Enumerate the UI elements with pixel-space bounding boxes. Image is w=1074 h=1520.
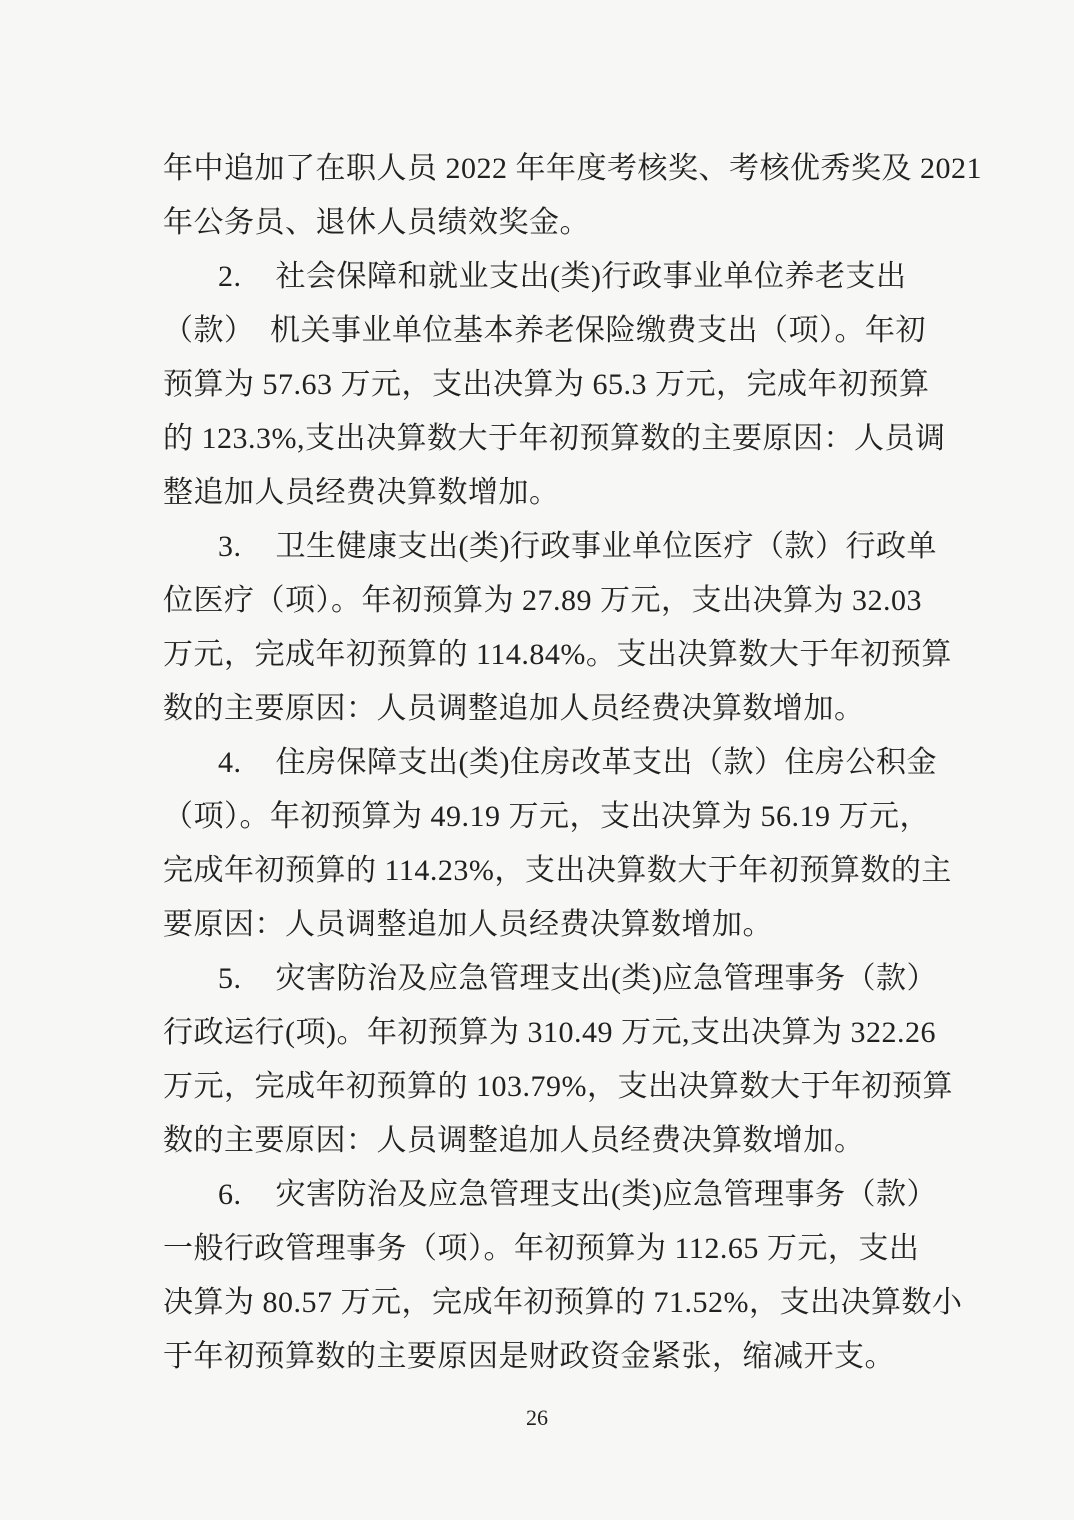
text-line: 位医疗（项）。年初预算为 27.89 万元，支出决算为 32.03: [163, 574, 911, 628]
text-line: 整追加人员经费决算数增加。: [163, 466, 911, 520]
text-line-numbered: 4.住房保障支出(类)住房改革支出（款）住房公积金: [163, 736, 911, 790]
line-text: 灾害防治及应急管理支出(类)应急管理事务（款）: [276, 1178, 937, 1211]
list-number: 2.: [218, 260, 242, 293]
text-line: 预算为 57.63 万元，支出决算为 65.3 万元，完成年初预算: [163, 358, 911, 412]
text-line: 的 123.3%,支出决算数大于年初预算数的主要原因：人员调: [163, 412, 911, 466]
line-text: 住房保障支出(类)住房改革支出（款）住房公积金: [276, 746, 937, 779]
text-line: （款） 机关事业单位基本养老保险缴费支出（项）。年初: [163, 304, 911, 358]
text-line: 完成年初预算的 114.23%，支出决算数大于年初预算数的主: [163, 844, 911, 898]
body-text: 年中追加了在职人员 2022 年年度考核奖、考核优秀奖及 2021 年公务员、退…: [163, 142, 911, 1384]
list-number: 4.: [218, 746, 242, 779]
line-text: 社会保障和就业支出(类)行政事业单位养老支出: [276, 260, 907, 293]
text-line: 一般行政管理事务（项）。年初预算为 112.65 万元，支出: [163, 1222, 911, 1276]
text-line: 于年初预算数的主要原因是财政资金紧张，缩减开支。: [163, 1330, 911, 1384]
list-number: 3.: [218, 530, 242, 563]
text-line: 数的主要原因：人员调整追加人员经费决算数增加。: [163, 1114, 911, 1168]
list-number: 6.: [218, 1178, 242, 1211]
text-line: 要原因：人员调整追加人员经费决算数增加。: [163, 898, 911, 952]
page-number: 26: [0, 1398, 1074, 1438]
text-line: 万元，完成年初预算的 103.79%，支出决算数大于年初预算: [163, 1060, 911, 1114]
text-line: 万元，完成年初预算的 114.84%。支出决算数大于年初预算: [163, 628, 911, 682]
text-line: 年中追加了在职人员 2022 年年度考核奖、考核优秀奖及 2021: [163, 142, 911, 196]
text-line: 决算为 80.57 万元，完成年初预算的 71.52%，支出决算数小: [163, 1276, 911, 1330]
text-line: 行政运行(项)。年初预算为 310.49 万元,支出决算为 322.26: [163, 1006, 911, 1060]
line-text: 卫生健康支出(类)行政事业单位医疗（款）行政单: [276, 530, 937, 563]
text-line: （项）。年初预算为 49.19 万元，支出决算为 56.19 万元，: [163, 790, 911, 844]
text-line-numbered: 3.卫生健康支出(类)行政事业单位医疗（款）行政单: [163, 520, 911, 574]
line-text: 灾害防治及应急管理支出(类)应急管理事务（款）: [276, 962, 937, 995]
text-line-numbered: 5.灾害防治及应急管理支出(类)应急管理事务（款）: [163, 952, 911, 1006]
text-line: 年公务员、退休人员绩效奖金。: [163, 196, 911, 250]
text-line-numbered: 2.社会保障和就业支出(类)行政事业单位养老支出: [163, 250, 911, 304]
text-line: 数的主要原因：人员调整追加人员经费决算数增加。: [163, 682, 911, 736]
text-line-numbered: 6.灾害防治及应急管理支出(类)应急管理事务（款）: [163, 1168, 911, 1222]
document-page: 年中追加了在职人员 2022 年年度考核奖、考核优秀奖及 2021 年公务员、退…: [0, 0, 1074, 1520]
list-number: 5.: [218, 962, 242, 995]
